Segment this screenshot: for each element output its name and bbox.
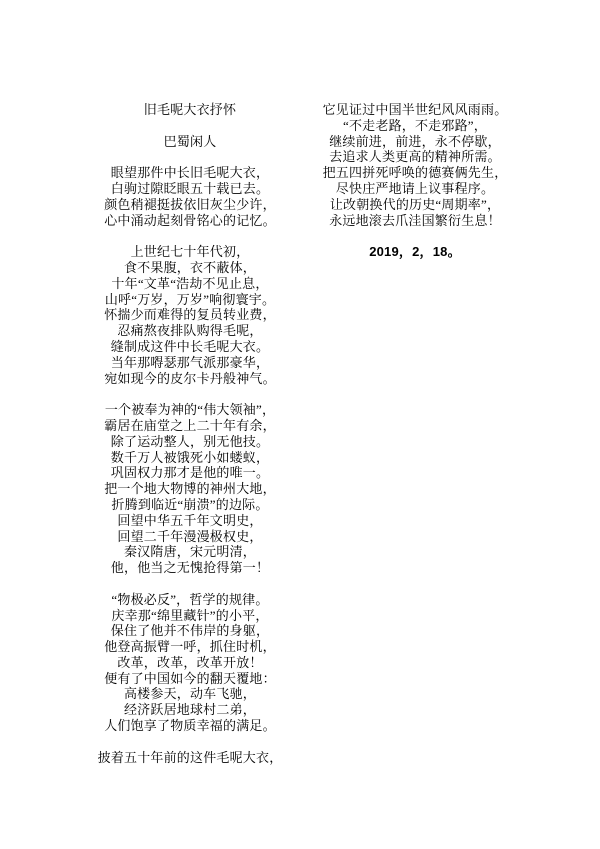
stanza-3: 一个被奉为神的“伟大领袖”，霸居在庙堂之上二十年有余，除了运动整人，别无他技。数… [35, 402, 345, 576]
poem-line: 山呼“万岁，万岁”响彻寰宇。 [35, 292, 345, 308]
document-page: 旧毛呢大衣抒怀 巴蜀闲人 眼望那件中长旧毛呢大衣，白驹过隙眨眼五十载已去。颜色稍… [0, 0, 600, 849]
poem-line: 把五四拼死呼唤的德赛俩先生， [295, 165, 535, 181]
poem-line: 食不果腹，衣不蔽体， [35, 260, 345, 276]
poem-line: 巩固权力那才是他的唯一。 [35, 465, 345, 481]
poem-line: “不走老路，不走邪路”， [295, 118, 535, 134]
poem-line: 高楼参天，动车飞驰， [35, 686, 345, 702]
poem-line: 它见证过中国半世纪风风雨雨。 [295, 102, 535, 118]
stanza-2: 上世纪七十年代初，食不果腹，衣不蔽体，十年“文革“浩劫不见止息，山呼“万岁，万岁… [35, 244, 345, 386]
poem-line: 尽快庄严地请上议事程序。 [295, 181, 535, 197]
poem-line: 当年那嘚瑟那气派那豪华， [35, 355, 345, 371]
poem-line: 把一个地大物博的神州大地， [35, 481, 345, 497]
poem-line: 宛如现今的皮尔卡丹般神气。 [35, 371, 345, 387]
poem-line: 保住了他并不伟岸的身躯， [35, 623, 345, 639]
poem-line: 除了运动整人，别无他技。 [35, 434, 345, 450]
stanza-4: “物极必反”，哲学的规律。庆幸那“绵里藏针”的小平，保住了他并不伟岸的身躯，他登… [35, 592, 345, 734]
poem-line: 永远地滚去爪洼国繁衍生息！ [295, 213, 535, 229]
poem-line: 回望二千年漫漫极权史， [35, 529, 345, 545]
poem-line: 庆幸那“绵里藏针”的小平， [35, 608, 345, 624]
poem-line: 便有了中国如今的翻天覆地： [35, 671, 345, 687]
poem-line: 改革，改革，改革开放！ [35, 655, 345, 671]
poem-line: 忍痛熬夜排队购得毛呢， [35, 323, 345, 339]
poem-line: 怀揣少而难得的复员转业费， [35, 307, 345, 323]
poem-line: 秦汉隋唐，宋元明清， [35, 544, 345, 560]
poem-line: 回望中华五千年文明史， [35, 513, 345, 529]
poem-line: 继续前进，前进，永不停歇， [295, 134, 535, 150]
stanza-5: 披着五十年前的这件毛呢大衣， [35, 750, 345, 766]
poem-line: 他，他当之无愧抢得第一！ [35, 560, 345, 576]
stanza-6: 它见证过中国半世纪风风雨雨。“不走老路，不走邪路”，继续前进，前进，永不停歇，去… [295, 102, 535, 228]
poem-date: 2019，2，18。 [295, 244, 535, 260]
poem-line: 去追求人类更高的精神所需。 [295, 149, 535, 165]
poem-line: 让改朝换代的历史“周期率”， [295, 197, 535, 213]
poem-line: 缝制成这件中长毛呢大衣。 [35, 339, 345, 355]
poem-line: 折腾到临近“崩溃”的边际。 [35, 497, 345, 513]
poem-line: “物极必反”，哲学的规律。 [35, 592, 345, 608]
poem-line: 披着五十年前的这件毛呢大衣， [35, 750, 345, 766]
poem-line: 数千万人被饿死小如蝼蚁， [35, 450, 345, 466]
poem-line: 霸居在庙堂之上二十年有余， [35, 418, 345, 434]
poem-line: 十年“文革“浩劫不见止息， [35, 276, 345, 292]
poem-line: 经济跃居地球村二弟， [35, 702, 345, 718]
poem-line: 人们饱享了物质幸福的满足。 [35, 718, 345, 734]
poem-line: 他登高振臂一呼，抓住时机， [35, 639, 345, 655]
poem-line: 一个被奉为神的“伟大领袖”， [35, 402, 345, 418]
right-column: 它见证过中国半世纪风风雨雨。“不走老路，不走邪路”，继续前进，前进，永不停歇，去… [295, 102, 535, 260]
